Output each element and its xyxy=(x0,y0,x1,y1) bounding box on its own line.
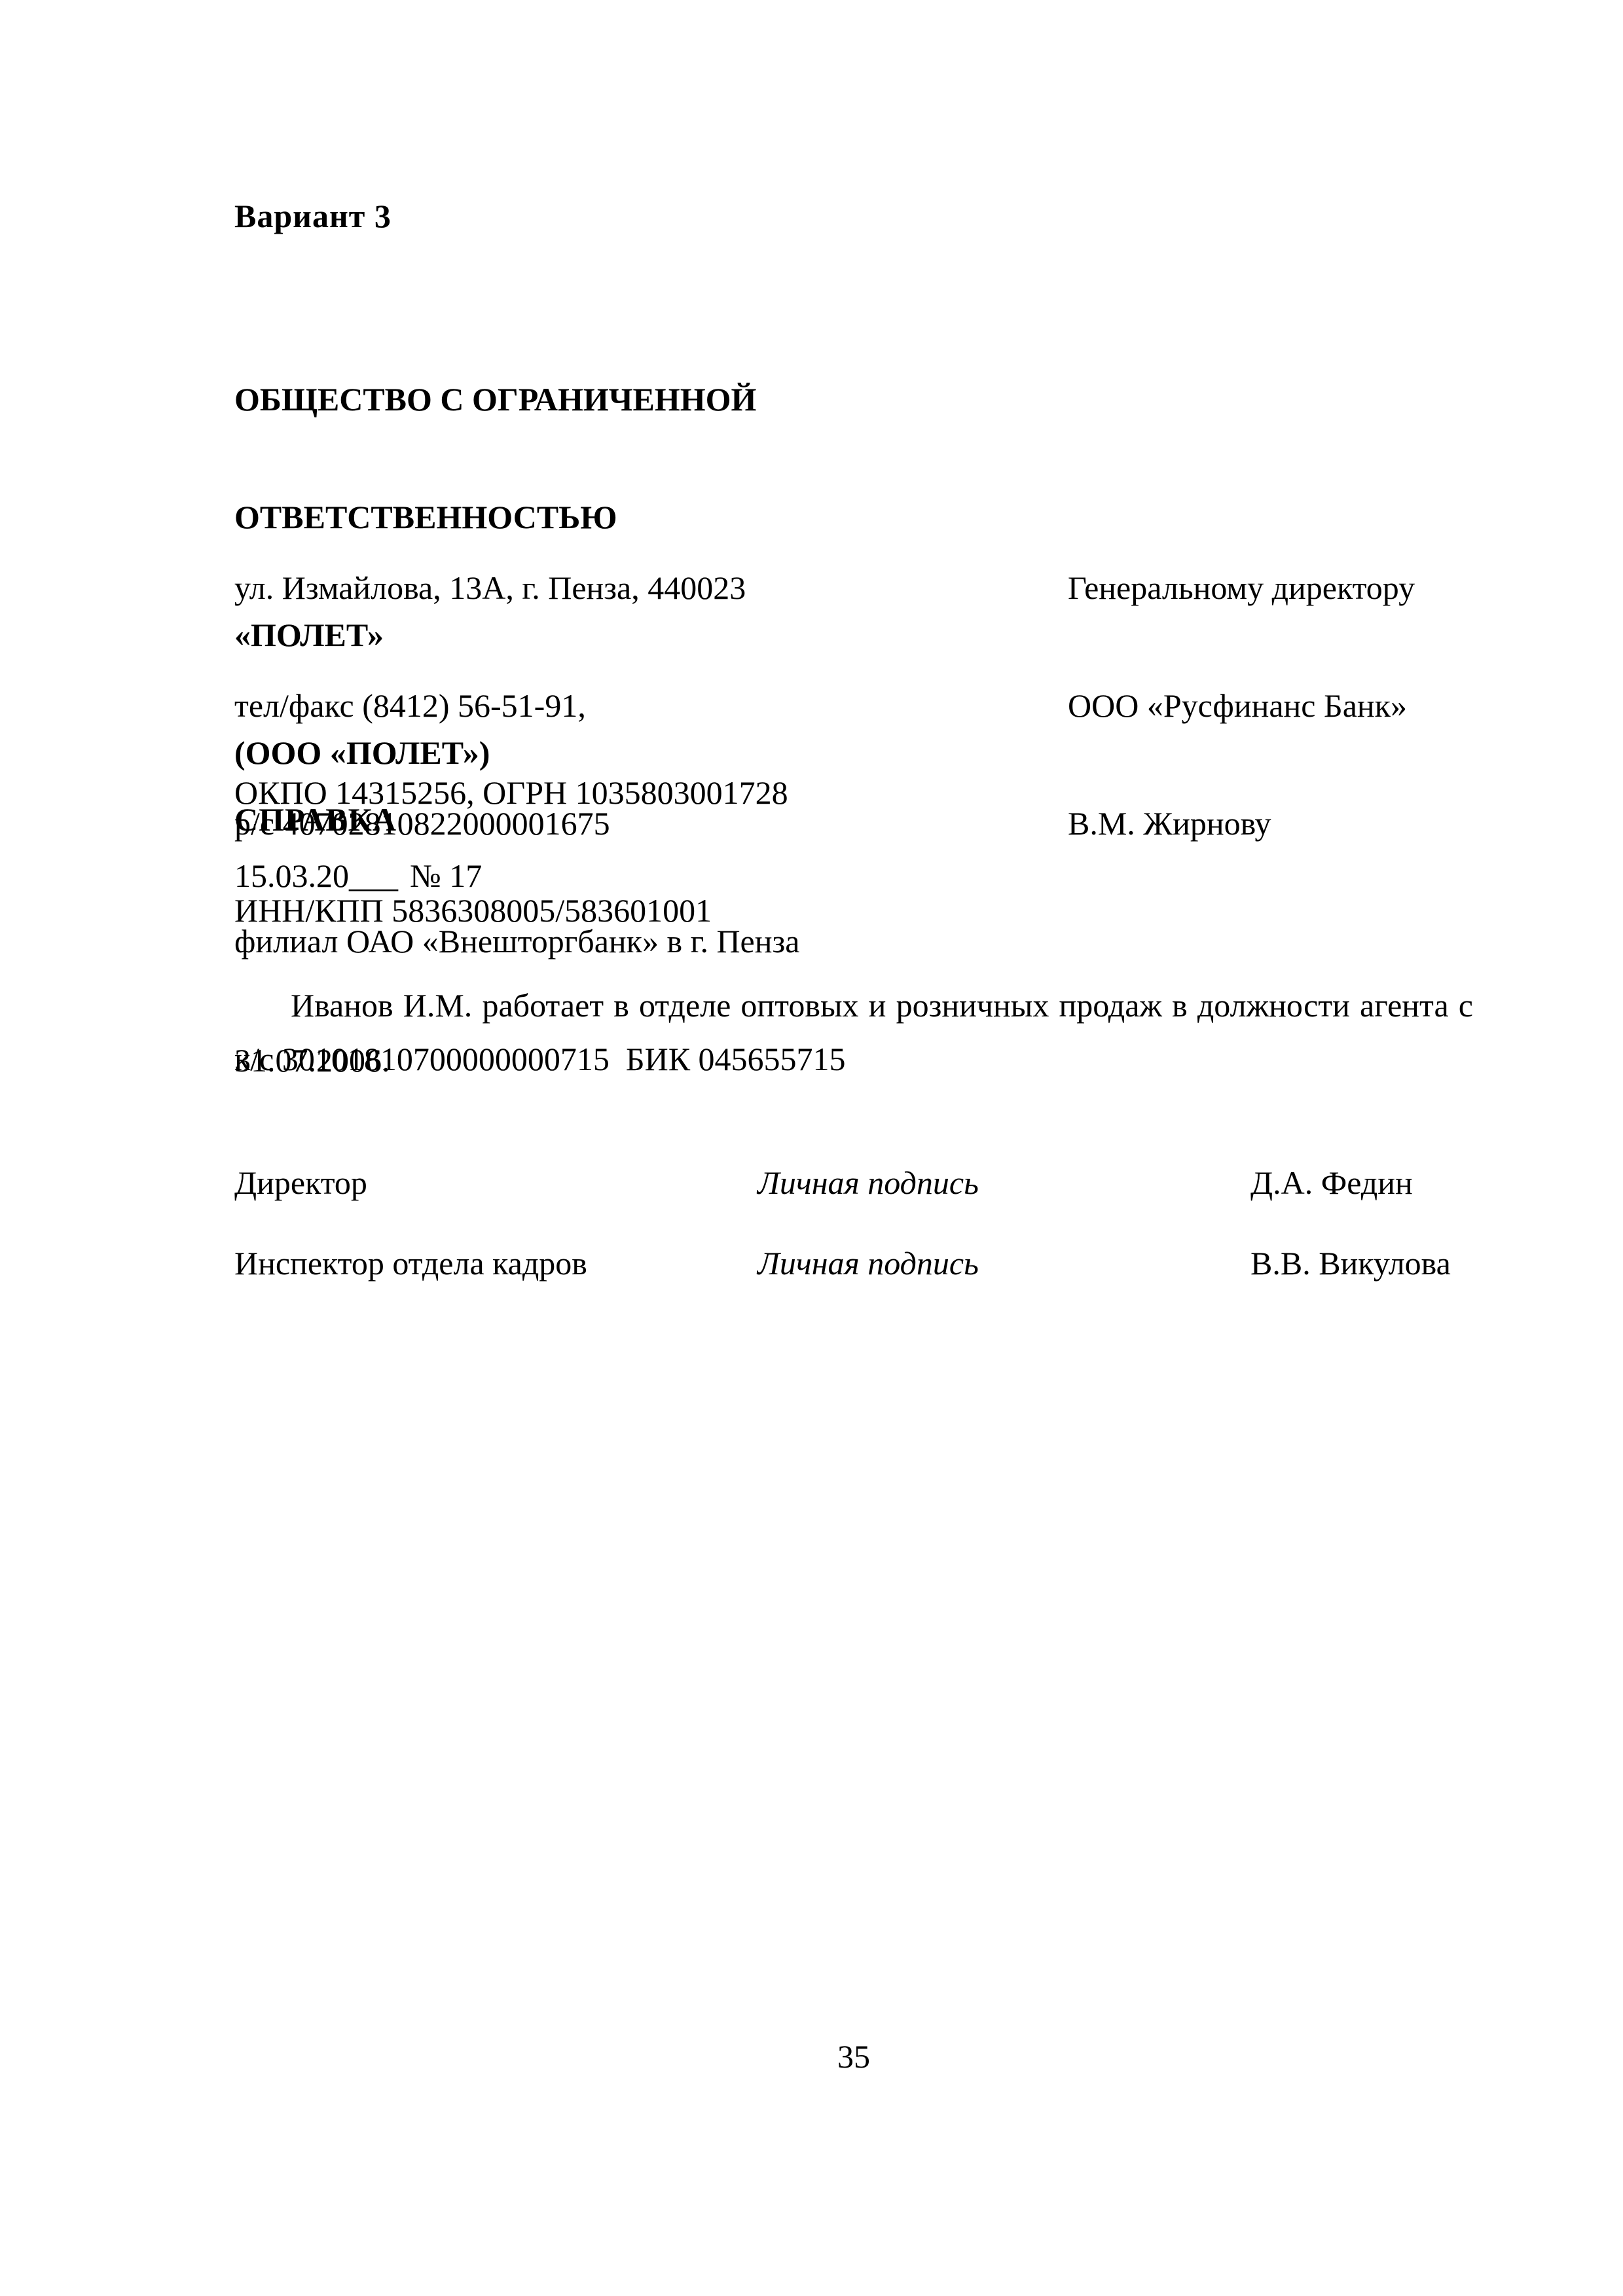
addressee-name-line: В.М. Жирнову xyxy=(1068,804,1415,843)
company-name-line: ОБЩЕСТВО С ОГРАНИЧЕННОЙ xyxy=(234,380,756,419)
signature-row-hr-inspector: Инспектор отдела кадров Личная подпись В… xyxy=(234,1244,1473,1283)
signer-name: В.В. Викулова xyxy=(1250,1244,1451,1283)
company-address-line: ул. Измайлова, 13А, г. Пенза, 440023 xyxy=(234,568,846,607)
body-paragraph: Иванов И.М. работает в отделе оптовых и … xyxy=(234,978,1473,1088)
personal-signature-note: Личная подпись xyxy=(757,1244,979,1283)
document-page: Вариант 3 ОБЩЕСТВО С ОГРАНИЧЕННОЙ ОТВЕТС… xyxy=(0,0,1623,2296)
body-text-line: Иванов И.М. работает в отделе оптовых и … xyxy=(234,978,1473,1033)
registration-codes-block: ОКПО 14315256, ОГРН 1035803001728 ИНН/КП… xyxy=(234,694,788,1009)
signer-name: Д.А. Федин xyxy=(1250,1163,1413,1202)
inn-kpp-line: ИНН/КПП 5836308005/583601001 xyxy=(234,891,788,930)
personal-signature-note: Личная подпись xyxy=(757,1163,979,1202)
addressee-company-line: ООО «Русфинанс Банк» xyxy=(1068,686,1415,725)
addressee-block: Генеральному директору ООО «Русфинанс Ба… xyxy=(1068,490,1415,922)
page-number: 35 xyxy=(234,2037,1473,2076)
document-number: № 17 xyxy=(410,857,482,894)
addressee-position-line: Генеральному директору xyxy=(1068,568,1415,607)
signature-row-director: Директор Личная подпись Д.А. Федин xyxy=(234,1163,1473,1202)
body-text-line: 31.07.2006. xyxy=(234,1033,1473,1088)
document-date: 15.03.20___ xyxy=(234,857,398,894)
variant-heading: Вариант 3 xyxy=(234,196,392,236)
signer-position: Инспектор отдела кадров xyxy=(234,1244,587,1283)
signer-position: Директор xyxy=(234,1163,367,1202)
document-title: СПРАВКА xyxy=(234,800,397,839)
date-number-line: 15.03.20___№ 17 xyxy=(234,856,482,895)
